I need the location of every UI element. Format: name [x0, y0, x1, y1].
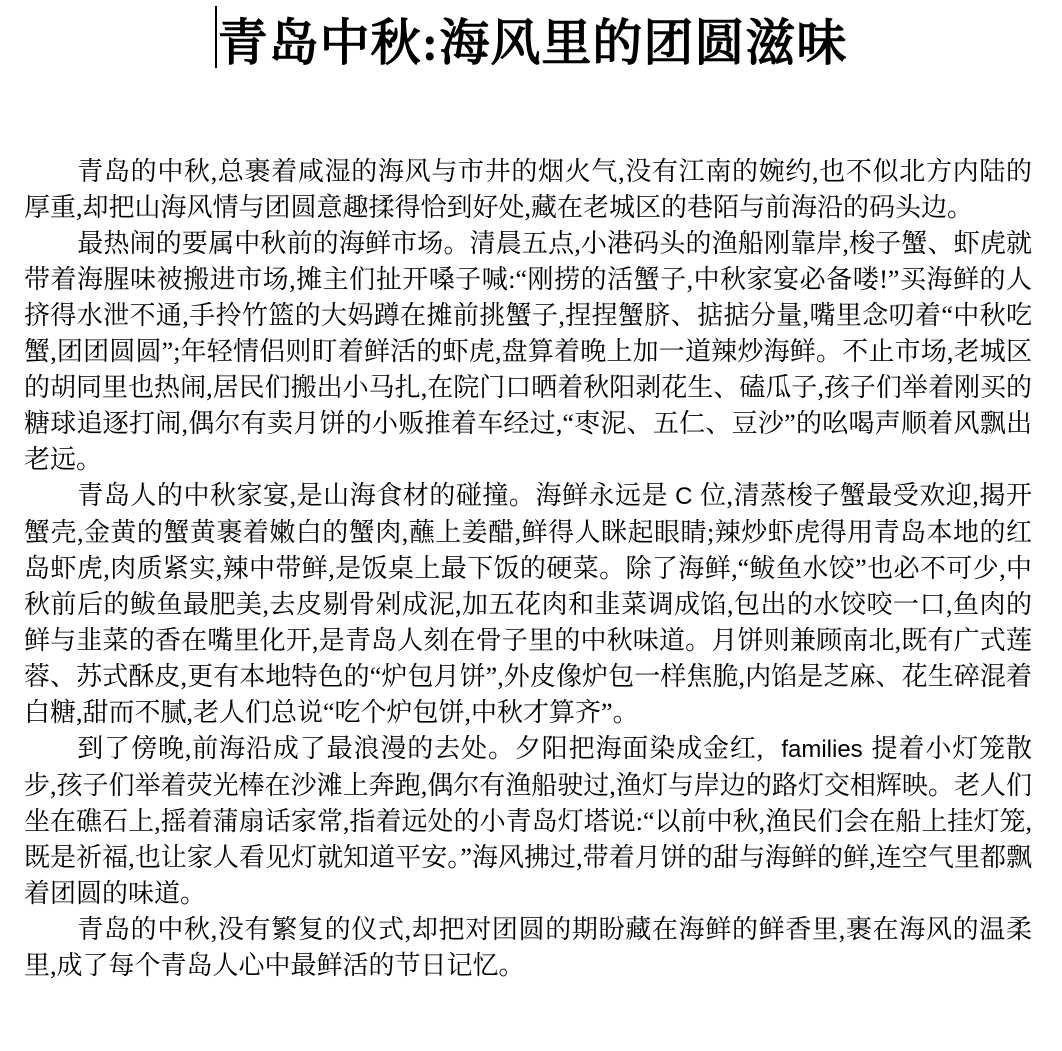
document-body[interactable]: 青岛的中秋,总裹着咸湿的海风与市井的烟火气,没有江南的婉约,也不似北方内陆的厚重… [0, 154, 1062, 984]
paragraph-5[interactable]: 青岛的中秋,没有繁复的仪式,却把对团圆的期盼藏在海鲜的鲜香里,裹在海风的温柔里,… [24, 912, 1032, 984]
paragraph-1-text: 青岛的中秋,总裹着咸湿的海风与市井的烟火气,没有江南的婉约,也不似北方内陆的厚重… [24, 157, 1032, 222]
document-title-text: 青岛中秋:海风里的团圆滋味 [218, 15, 848, 71]
paragraph-1[interactable]: 青岛的中秋,总裹着咸湿的海风与市井的烟火气,没有江南的婉约,也不似北方内陆的厚重… [24, 154, 1032, 226]
paragraph-4-latin-run: families [781, 736, 862, 763]
paragraph-4[interactable]: 到了傍晚,前海沿成了最浪漫的去处。夕阳把海面染成金红,families提着小灯笼… [24, 731, 1032, 912]
paragraph-3-latin-run: C [675, 483, 692, 510]
paragraph-3-text-2: 位,清蒸梭子蟹最受欢迎,揭开蟹壳,金黄的蟹黄裹着嫩白的蟹肉,蘸上姜醋,鲜得人眯起… [24, 481, 1032, 727]
paragraph-2-text: 最热闹的要属中秋前的海鲜市场。清晨五点,小港码头的渔船刚靠岸,梭子蟹、虾虎就带着… [24, 229, 1032, 474]
paragraph-2[interactable]: 最热闹的要属中秋前的海鲜市场。清晨五点,小港码头的渔船刚靠岸,梭子蟹、虾虎就带着… [24, 226, 1032, 478]
paragraph-4-text-1: 到了傍晚,前海沿成了最浪漫的去处。夕阳把海面染成金红, [77, 734, 763, 763]
paragraph-5-text: 青岛的中秋,没有繁复的仪式,却把对团圆的期盼藏在海鲜的鲜香里,裹在海风的温柔里,… [24, 915, 1032, 980]
paragraph-3-text-1: 青岛人的中秋家宴,是山海食材的碰撞。海鲜永远是 [77, 481, 668, 510]
document-page[interactable]: 青岛中秋:海风里的团圆滋味 青岛的中秋,总裹着咸湿的海风与市井的烟火气,没有江南… [0, 0, 1062, 1051]
text-caret [215, 6, 217, 68]
document-title[interactable]: 青岛中秋:海风里的团圆滋味 [0, 6, 1062, 78]
paragraph-3[interactable]: 青岛人的中秋家宴,是山海食材的碰撞。海鲜永远是C位,清蒸梭子蟹最受欢迎,揭开蟹壳… [24, 478, 1032, 731]
